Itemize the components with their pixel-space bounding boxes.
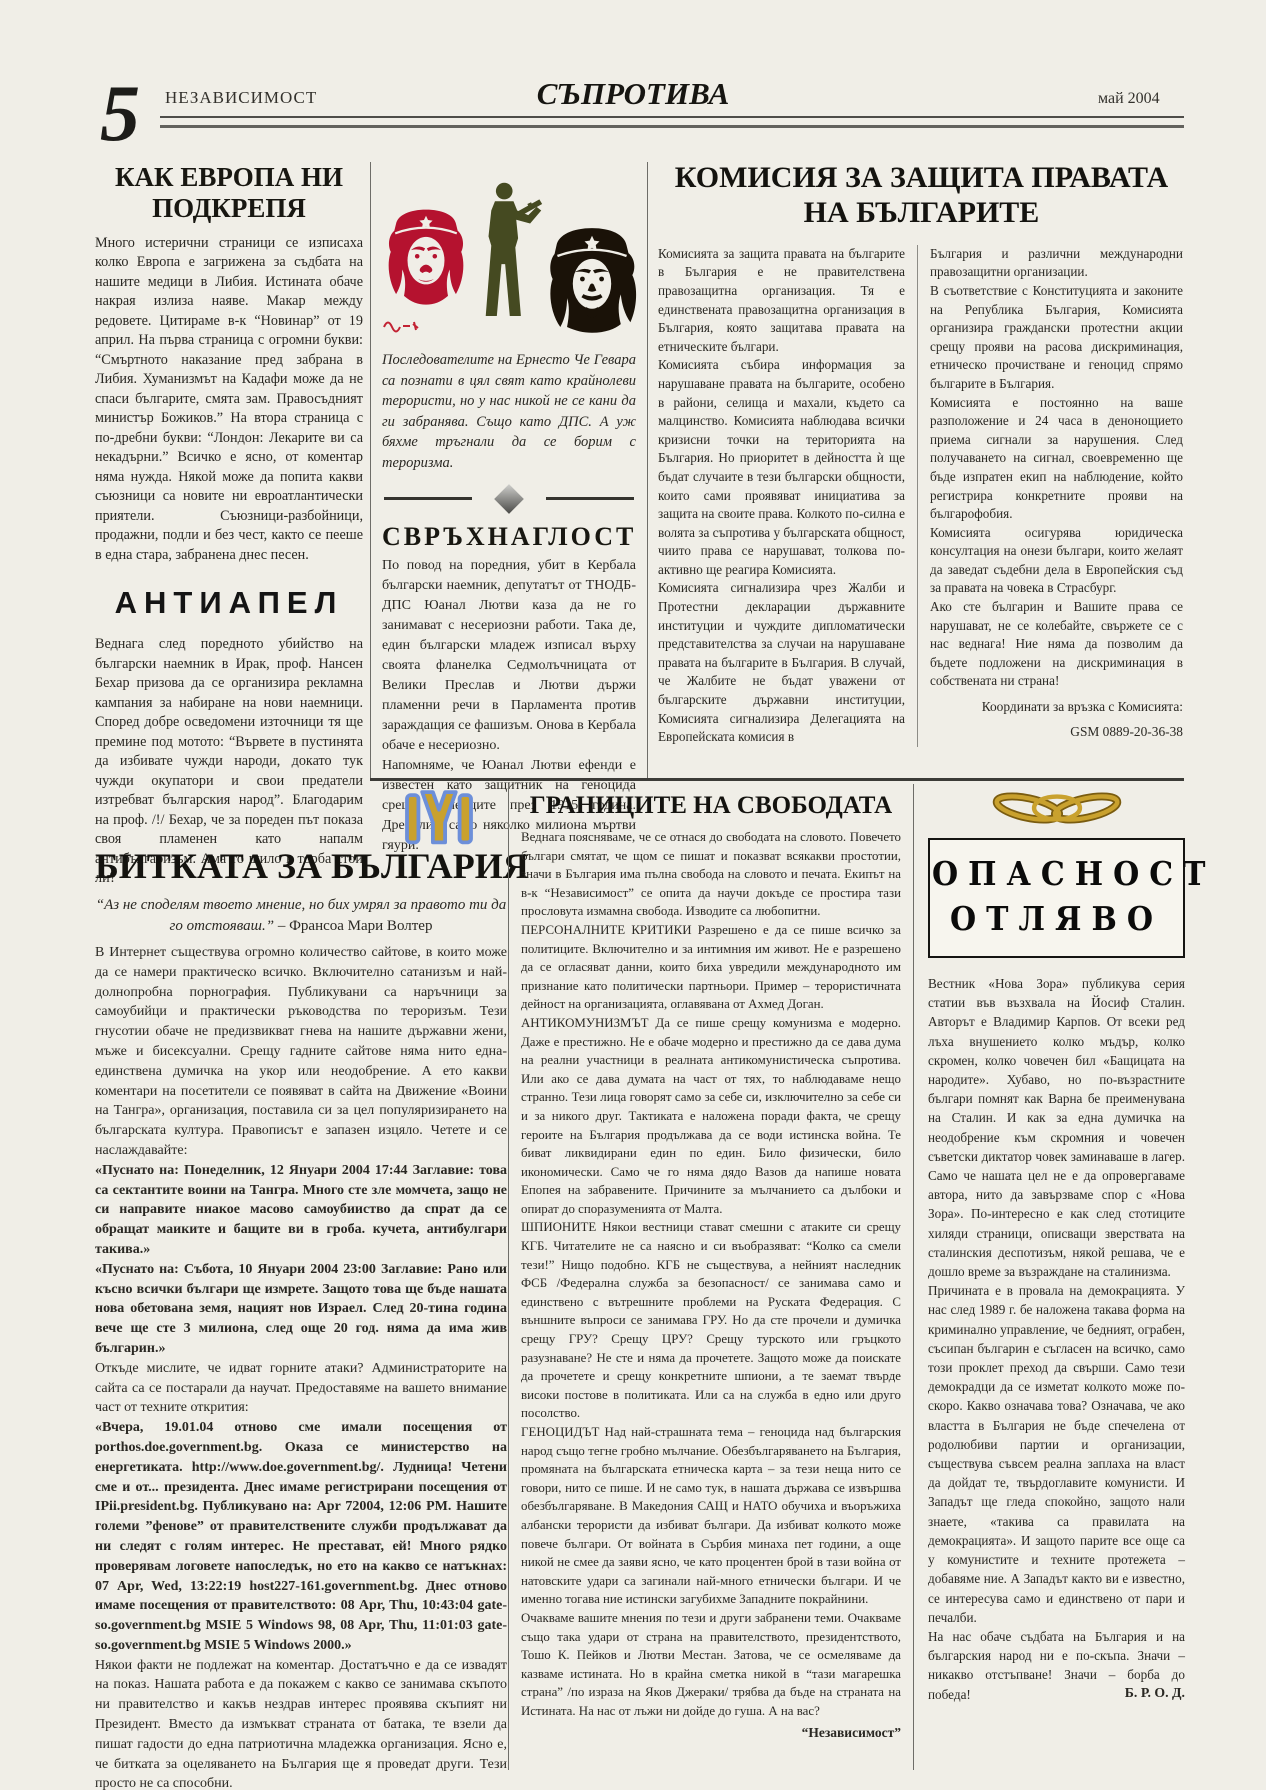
article-title-komisia: КОМИСИЯ ЗА ЗАЩИТА ПРАВАТА НА БЪЛГАРИТЕ (658, 160, 1185, 231)
article-body-opasnost: Вестник «Нова Зора» публикува серия стат… (928, 974, 1185, 1704)
middle-rule (370, 778, 1184, 781)
paragraph: Комисията събира информация за нарушаван… (658, 356, 905, 579)
red-signature-icon (382, 317, 426, 333)
diamond-divider (382, 486, 636, 512)
article-komisia: КОМИСИЯ ЗА ЗАЩИТА ПРАВАТА НА БЪЛГАРИТЕ К… (658, 160, 1185, 747)
article-title-antiapel: АНТИАПЕЛ (95, 585, 363, 621)
komisia-column-1: Комисията за защита правата на българите… (658, 245, 905, 747)
paragraph: Комисията сигнализира чрез Жалби и Проте… (658, 579, 905, 746)
paragraph: Ако сте българин и Вашите права се наруш… (930, 598, 1183, 691)
epigraph: “Аз не споделям твоето мнение, но бих ум… (95, 895, 507, 937)
article-body-bitkata: В Интернет съществува огромно количество… (95, 943, 507, 1790)
paragraph: Комисията е постоянно на ваше разположен… (930, 394, 1183, 524)
paragraph: Някои факти не подлежат на коментар. Дос… (95, 1656, 507, 1790)
article-body-granici: Веднага поясняваме, че се отнася до своб… (521, 828, 901, 1721)
opasnost-title-line1: ОПАСНОСТ (932, 850, 1181, 899)
soldier-silhouette-icon (470, 175, 544, 338)
paragraph: Причината е в провала на демокрацията. У… (928, 1281, 1185, 1627)
article-granici: ГРАНИЦИТЕ НА СВОБОДАТА Веднага пояснявам… (508, 784, 914, 1770)
newspaper-page: 5 НЕЗАВИСИМОСТ СЪПРОТИВА май 2004 КАК ЕВ… (0, 0, 1266, 1790)
header-rule (160, 116, 1184, 128)
paragraph: ГЕНОЦИДЪТ Над най-страшната тема – геноц… (521, 1423, 901, 1609)
granici-signature: “Независимост” (521, 1725, 901, 1741)
paragraph: «Пуснато на: Събота, 10 Януари 2004 23:0… (95, 1260, 507, 1359)
photo-caption: Последователите на Ернесто Че Гевара са … (382, 350, 636, 473)
article-body-europe: Много истерични страници се изписаха кол… (95, 234, 363, 566)
article-title-granici: ГРАНИЦИТЕ НА СВОБОДАТА (521, 792, 901, 820)
issue-date: май 2004 (1098, 90, 1160, 108)
che-guevara-portrait-icon (544, 225, 640, 338)
gold-knot-ornament-icon (928, 788, 1185, 832)
paragraph: По повод на поредния, убит в Кербала бъл… (382, 556, 636, 756)
section-title: СЪПРОТИВА (0, 76, 1266, 112)
paragraph: Очакваме вашите мнения по тези и други з… (521, 1609, 901, 1721)
komisia-contact-phone: GSM 0889-20-36-38 (930, 722, 1183, 741)
photo-row (382, 166, 636, 338)
komisia-columns: Комисията за защита правата на българите… (658, 245, 1185, 747)
paragraph: ШПИОНИТЕ Някои вестници стават смешни с … (521, 1218, 901, 1423)
paragraph: Комисията осигурява юридическа консултац… (930, 524, 1183, 598)
red-che-monkey-icon (382, 206, 470, 338)
komisia-contact-label: Координати за връзка с Комисията: (930, 697, 1183, 716)
epigraph-author: – Франсоа Мари Волтер (274, 918, 432, 934)
opasnost-title-box: ОПАСНОСТ ОТЛЯВО (928, 838, 1185, 958)
komisia-column-2: България и различни международни правоза… (917, 245, 1183, 747)
diamond-icon (494, 484, 524, 514)
article-bitkata: БИТКАТА ЗА БЪЛГАРИЯ “Аз не споделям твое… (95, 845, 507, 1790)
paragraph: «Пуснато на: Понеделник, 12 Януари 2004 … (95, 1161, 507, 1260)
sidebar-opasnost: ОПАСНОСТ ОТЛЯВО Вестник «Нова Зора» публ… (928, 788, 1185, 1701)
komisia-column-2-body: България и различни международни правоза… (930, 245, 1183, 691)
paragraph: В Интернет съществува огромно количество… (95, 943, 507, 1161)
paragraph: АНТИКОМУНИЗМЪТ Да се пише срещу комунизм… (521, 1014, 901, 1219)
article-title-bitkata: БИТКАТА ЗА БЪЛГАРИЯ (95, 845, 507, 887)
opasnost-title-line2: ОТЛЯВО (932, 895, 1181, 944)
paragraph: България и различни международни правоза… (930, 245, 1183, 282)
column-left: КАК ЕВРОПА НИ ПОДКРЕПЯ Много истерични с… (95, 162, 363, 889)
paragraph: Вестник «Нова Зора» публикува серия стат… (928, 974, 1185, 1281)
paragraph: Веднага поясняваме, че се отнася до своб… (521, 828, 901, 921)
article-title-europe: КАК ЕВРОПА НИ ПОДКРЕПЯ (95, 162, 363, 224)
paragraph: ПЕРСОНАЛНИТЕ КРИТИКИ Разрешено е да се п… (521, 921, 901, 1014)
column-middle-top: Последователите на Ернесто Че Гевара са … (370, 162, 648, 780)
article-title-svrahnaglost: СВРЪХНАГЛОСТ (382, 522, 636, 552)
paragraph: Откъде мислите, че идват горните атаки? … (95, 1359, 507, 1418)
paragraph: В съответствие с Конституцията и законит… (930, 282, 1183, 394)
paragraph: Комисията за защита правата на българите… (658, 245, 905, 357)
paragraph: «Вчера, 19.01.04 отново сме имали посеще… (95, 1418, 507, 1656)
